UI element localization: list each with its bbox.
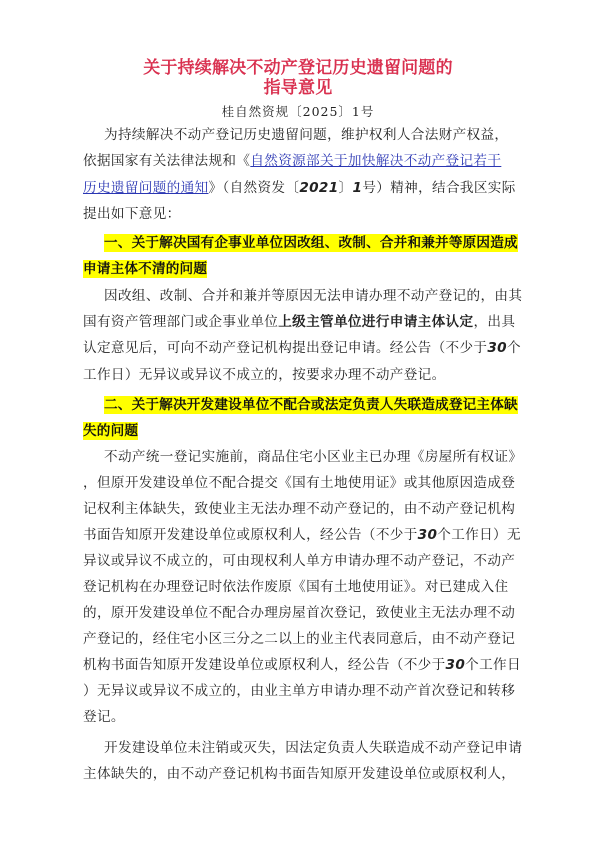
paragraph-text: 书面告知原开发建设单位或原权利人，经公告（不少于 xyxy=(83,527,418,543)
section2-p1-line5: 异议或异议不成立的，可由现权利人单方申请办理不动产登记，不动产 xyxy=(83,551,515,571)
intro-line-4: 提出如下意见： xyxy=(83,204,515,224)
intro-text: 号）精神，结合我区实际 xyxy=(362,180,515,196)
section2-heading-cont: 失的问题 xyxy=(83,422,138,440)
bold-emphasis: 上级主管单位进行申请主体认定 xyxy=(278,314,473,330)
paragraph-text: ，出具 xyxy=(473,314,515,330)
section2-p2-line2: 主体缺失的，由不动产登记机构书面告知原开发建设单位或原权利人， xyxy=(83,764,515,784)
days-number: 30 xyxy=(487,340,507,356)
days-number: 30 xyxy=(418,527,438,543)
section1-heading-line2: 申请主体不清的问题 xyxy=(83,259,515,279)
section2-p1-line3: 记权利主体缺失，致使业主无法办理不动产登记的，由不动产登记机构 xyxy=(83,499,515,519)
doc-year: 2021 xyxy=(299,180,338,196)
paragraph-text: 个工作日）无 xyxy=(437,527,521,543)
notice-link[interactable]: 自然资源部关于加快解决不动产登记若干 xyxy=(250,153,501,169)
section2-p1-line7: 的，原开发建设单位不配合办理房屋首次登记，致使业主无法办理不动 xyxy=(83,603,515,623)
intro-text: 依据国家有关法律法规和《 xyxy=(83,153,250,169)
section1-p1-line2: 国有资产管理部门或企事业单位上级主管单位进行申请主体认定，出具 xyxy=(83,312,515,332)
section2-p1-line9: 机构书面告知原开发建设单位或原权利人，经公告（不少于30个工作日 xyxy=(83,655,515,675)
days-number: 30 xyxy=(446,657,466,673)
document-title-line2: 指导意见 xyxy=(0,78,596,98)
section2-p1-line4: 书面告知原开发建设单位或原权利人，经公告（不少于30个工作日）无 xyxy=(83,525,515,545)
section2-p1-line6: 登记机构在办理登记时依法作废原《国有土地使用证》。对已建成入住 xyxy=(83,577,515,597)
intro-text: 〕 xyxy=(339,180,353,196)
section1-heading: 一、关于解决国有企事业单位因改组、改制、合并和兼并等原因造成 xyxy=(104,234,518,252)
section2-heading-line2: 失的问题 xyxy=(83,421,515,441)
section2-heading-line1: 二、关于解决开发建设单位不配合或法定负责人失联造成登记主体缺 xyxy=(104,395,515,415)
section2-p1-line2: ，但原开发建设单位不配合提交《国有土地使用证》或其他原因造成登 xyxy=(83,473,515,493)
section2-p1-line8: 产登记的，经住宅小区三分之二以上的业主代表同意后，由不动产登记 xyxy=(83,629,515,649)
section2-p2-line1: 开发建设单位未注销或灭失，因法定负责人失联造成不动产登记申请 xyxy=(104,738,515,758)
paragraph-text: 个工作日 xyxy=(465,657,521,673)
intro-text: 》（自然资发〔 xyxy=(209,180,300,196)
section2-heading: 二、关于解决开发建设单位不配合或法定负责人失联造成登记主体缺 xyxy=(104,396,518,414)
section2-p1-line10: ）无异议或异议不成立的，由业主单方申请办理不动产首次登记和转移 xyxy=(83,681,515,701)
document-page: 关于持续解决不动产登记历史遗留问题的 指导意见 桂自然资规〔2025〕1号 为持… xyxy=(0,0,596,842)
section1-p1-line4: 工作日）无异议或异议不成立的，按要求办理不动产登记。 xyxy=(83,365,515,385)
section2-p1-line11: 登记。 xyxy=(83,707,515,727)
doc-num: 1 xyxy=(353,180,363,196)
section1-p1-line3: 认定意见后，可向不动产登记机构提出登记申请。经公告（不少于30个 xyxy=(83,338,515,358)
notice-link-cont[interactable]: 历史遗留问题的通知 xyxy=(83,180,209,196)
document-number: 桂自然资规〔2025〕1号 xyxy=(0,103,596,121)
paragraph-text: 认定意见后，可向不动产登记机构提出登记申请。经公告（不少于 xyxy=(83,340,487,356)
document-title-line1: 关于持续解决不动产登记历史遗留问题的 xyxy=(0,58,596,78)
paragraph-text: 机构书面告知原开发建设单位或原权利人，经公告（不少于 xyxy=(83,657,446,673)
intro-line-1: 为持续解决不动产登记历史遗留问题，维护权利人合法财产权益， xyxy=(104,125,515,145)
section1-heading-line1: 一、关于解决国有企事业单位因改组、改制、合并和兼并等原因造成 xyxy=(104,233,515,253)
intro-line-2: 依据国家有关法律法规和《自然资源部关于加快解决不动产登记若干 xyxy=(83,151,515,171)
paragraph-text: 国有资产管理部门或企事业单位 xyxy=(83,314,278,330)
paragraph-text: 个 xyxy=(507,340,521,356)
section2-p1-line1: 不动产统一登记实施前，商品住宅小区业主已办理《房屋所有权证》 xyxy=(104,447,515,467)
section1-heading-cont: 申请主体不清的问题 xyxy=(83,260,207,278)
section1-p1-line1: 因改组、改制、合并和兼并等原因无法申请办理不动产登记的，由其 xyxy=(104,286,515,306)
intro-line-3: 历史遗留问题的通知》（自然资发〔2021〕1号）精神，结合我区实际 xyxy=(83,178,515,198)
